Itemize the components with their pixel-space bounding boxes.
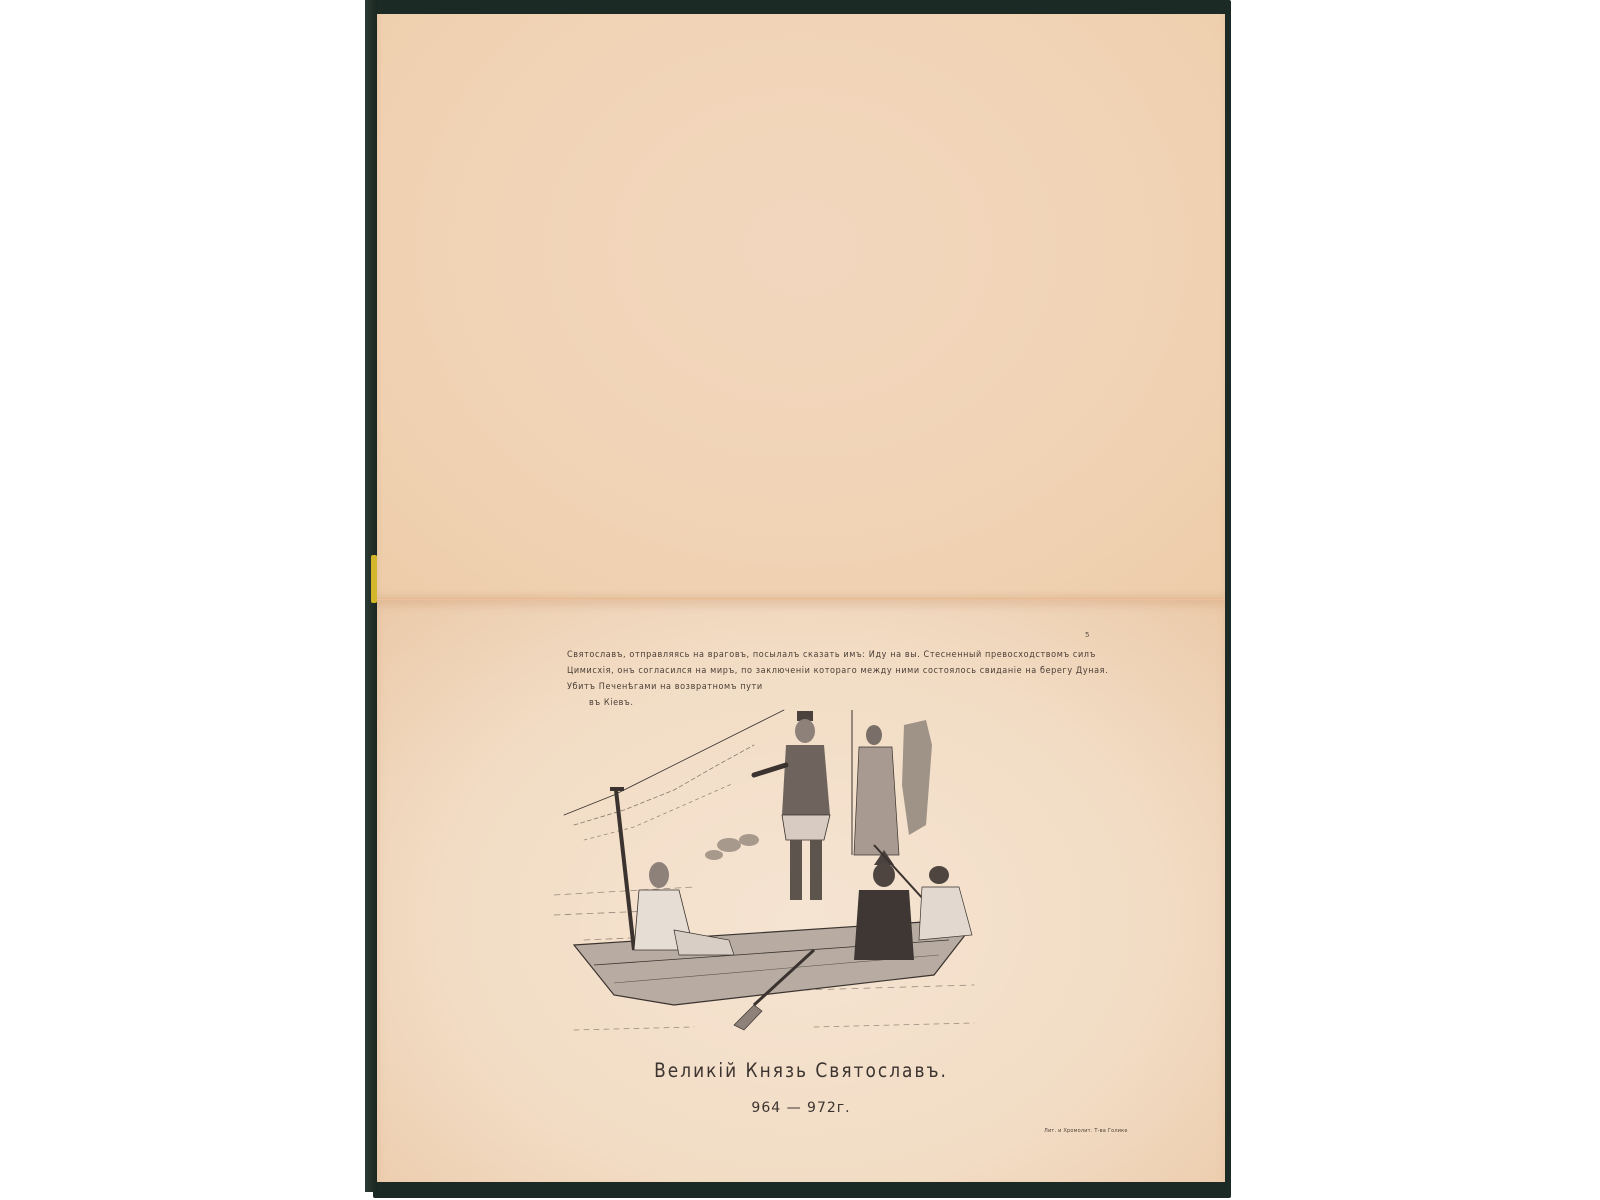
emperor-figure bbox=[754, 711, 830, 900]
printer-imprint: Лит. и Хромолит. Т-ва Голике bbox=[1044, 1128, 1128, 1134]
caption-line: Убитъ Печенѣгами на возвратномъ пути bbox=[567, 679, 1027, 695]
bottom-page: 5 Святославъ, отправляясь на враговъ, по… bbox=[377, 600, 1225, 1182]
illustration-title: Великій Князь Святославъ. bbox=[377, 1060, 1225, 1083]
reign-dates: 964 — 972г. bbox=[377, 1100, 1225, 1116]
sviatoslav-figure bbox=[610, 787, 734, 955]
rower bbox=[919, 866, 972, 940]
caption-line: Цимисхія, онъ согласился на миръ, по зак… bbox=[567, 663, 1027, 679]
woman-with-horse bbox=[852, 710, 932, 855]
engraving-illustration bbox=[554, 705, 988, 1045]
top-page-blank bbox=[377, 14, 1225, 599]
page-number: 5 bbox=[1085, 631, 1089, 639]
open-book: 5 Святославъ, отправляясь на враговъ, по… bbox=[373, 0, 1233, 1200]
hill-outline bbox=[564, 710, 784, 815]
distant-riders bbox=[705, 834, 759, 860]
caption-line: Святославъ, отправляясь на враговъ, посы… bbox=[567, 647, 1027, 663]
caption-text: Святославъ, отправляясь на враговъ, посы… bbox=[567, 647, 1027, 711]
